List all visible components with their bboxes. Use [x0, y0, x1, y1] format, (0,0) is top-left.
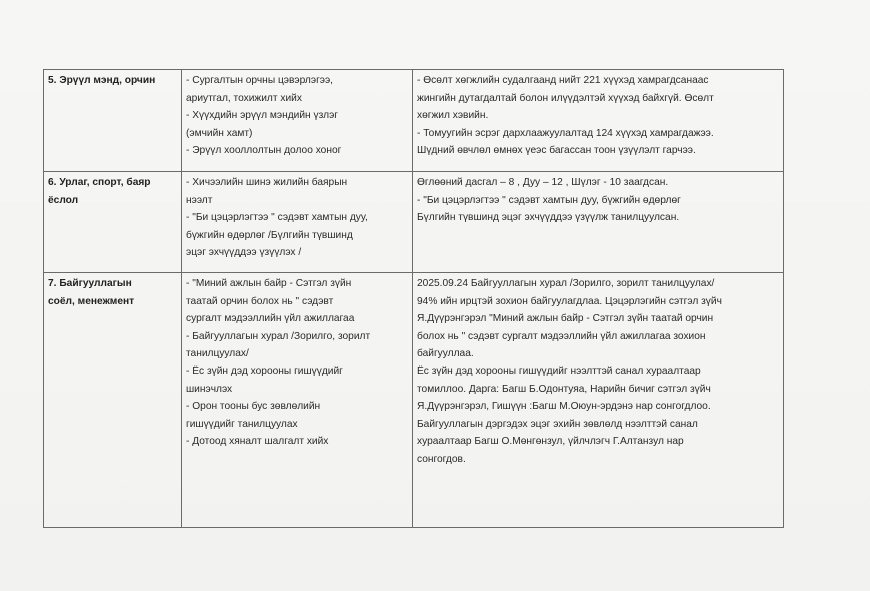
text-line: бүжгийн өдөрлөг /Бүлгийн түвшинд — [186, 227, 407, 245]
text-line: гишүүдийг танилцуулах — [186, 416, 407, 434]
text-line: жингийн дутагдалтай болон илүүдэлтэй хүү… — [417, 90, 778, 108]
text-line: - "Би цэцэрлэгтээ " сэдэвт хамтын дуу, — [186, 209, 407, 227]
text-line: (эмчийн хамт) — [186, 125, 407, 143]
text-line: 94% ийн ирцтэй зохион байгуулагдлаа. Цэц… — [417, 293, 778, 311]
plan-cell: - "Миний ажлын байр - Сэтгэл зүйнтаатай … — [182, 273, 413, 528]
text-line: ёслол — [48, 192, 176, 210]
text-line: Өглөөний дасгал – 8 , Дуу – 12 , Шүлэг -… — [417, 174, 778, 192]
report-table: 5. Эрүүл мэнд, орчин - Сургалтын орчны ц… — [43, 69, 784, 528]
text-line: 2025.09.24 Байгууллагын хурал /Зорилго, … — [417, 275, 778, 293]
text-line: - Ёс зүйн дэд хорооны гишүүдийг — [186, 363, 407, 381]
text-line: 7. Байгууллагын — [48, 275, 176, 293]
text-line: байгууллаа. — [417, 345, 778, 363]
text-line: болох нь " сэдэвт сургалт мэдээллийн үйл… — [417, 328, 778, 346]
text-line: - "Миний ажлын байр - Сэтгэл зүйн — [186, 275, 407, 293]
text-line: шинэчлэх — [186, 381, 407, 399]
text-line: Я.Дүүрэнгэрэл, Гишүүн :Багш М.Оюун-эрдэн… — [417, 398, 778, 416]
plan-cell: - Сургалтын орчны цэвэрлэгээ,ариутгал, т… — [182, 70, 413, 172]
text-line: - Дотоод хяналт шалгалт хийх — [186, 433, 407, 451]
text-line: хураалтаар Багш О.Мөнгөнзул, үйлчлэгч Г.… — [417, 433, 778, 451]
text-line: - Байгууллагын хурал /Зорилго, зорилт — [186, 328, 407, 346]
text-line: сургалт мэдээллийн үйл ажиллагаа — [186, 310, 407, 328]
text-line: Бүлгийн түвшинд эцэг эхчүүддээ үзүүлж та… — [417, 209, 778, 227]
topic-cell: 5. Эрүүл мэнд, орчин — [44, 70, 182, 172]
text-line: Я.Дүүрэнгэрэл "Миний ажлын байр - Сэтгэл… — [417, 310, 778, 328]
plan-cell: - Хичээлийн шинэ жилийн баярыннээлт- "Би… — [182, 172, 413, 273]
text-line: - Өсөлт хөгжлийн судалгаанд нийт 221 хүү… — [417, 72, 778, 90]
table-row: 6. Урлаг, спорт, баярёслол - Хичээлийн ш… — [44, 172, 784, 273]
text-line: Байгууллагын дэргэдэх эцэг эхийн зөвлөлд… — [417, 416, 778, 434]
text-line: - Хүүхдийн эрүүл мэндийн үзлэг — [186, 107, 407, 125]
text-line: - Эрүүл хооллолтын долоо хоног — [186, 142, 407, 160]
text-line: 6. Урлаг, спорт, баяр — [48, 174, 176, 192]
text-line: таатай орчин болох нь " сэдэвт — [186, 293, 407, 311]
text-line: - Хичээлийн шинэ жилийн баярын — [186, 174, 407, 192]
text-line: - "Би цэцэрлэгтээ " сэдэвт хамтын дуу, б… — [417, 192, 778, 210]
document-page: 5. Эрүүл мэнд, орчин - Сургалтын орчны ц… — [0, 0, 870, 591]
text-line: нээлт — [186, 192, 407, 210]
text-line: соёл, менежмент — [48, 293, 176, 311]
text-line: Ёс зүйн дэд хорооны гишүүдийг нээлттэй с… — [417, 363, 778, 381]
table-row: 7. Байгууллагынсоёл, менежмент - "Миний … — [44, 273, 784, 528]
text-line: 5. Эрүүл мэнд, орчин — [48, 72, 176, 90]
text-line: - Сургалтын орчны цэвэрлэгээ, — [186, 72, 407, 90]
topic-cell: 7. Байгууллагынсоёл, менежмент — [44, 273, 182, 528]
text-line: сонгогдов. — [417, 451, 778, 469]
table-row: 5. Эрүүл мэнд, орчин - Сургалтын орчны ц… — [44, 70, 784, 172]
result-cell: - Өсөлт хөгжлийн судалгаанд нийт 221 хүү… — [413, 70, 784, 172]
text-line: танилцуулах/ — [186, 345, 407, 363]
topic-cell: 6. Урлаг, спорт, баярёслол — [44, 172, 182, 273]
text-line: ариутгал, тохижилт хийх — [186, 90, 407, 108]
text-line: эцэг эхчүүддээ үзүүлэх / — [186, 244, 407, 262]
text-line: - Орон тооны бус зөвлөлийн — [186, 398, 407, 416]
result-cell: Өглөөний дасгал – 8 , Дуу – 12 , Шүлэг -… — [413, 172, 784, 273]
text-line: Шүдний өвчлөл өмнөх үеэс багассан тоон ү… — [417, 142, 778, 160]
text-line: хөгжил хэвийн. — [417, 107, 778, 125]
text-line: томиллоо. Дарга: Багш Б.Одонтуяа, Нарийн… — [417, 381, 778, 399]
text-line: - Томуугийн эсрэг дархлаажуулалтад 124 х… — [417, 125, 778, 143]
result-cell: 2025.09.24 Байгууллагын хурал /Зорилго, … — [413, 273, 784, 528]
